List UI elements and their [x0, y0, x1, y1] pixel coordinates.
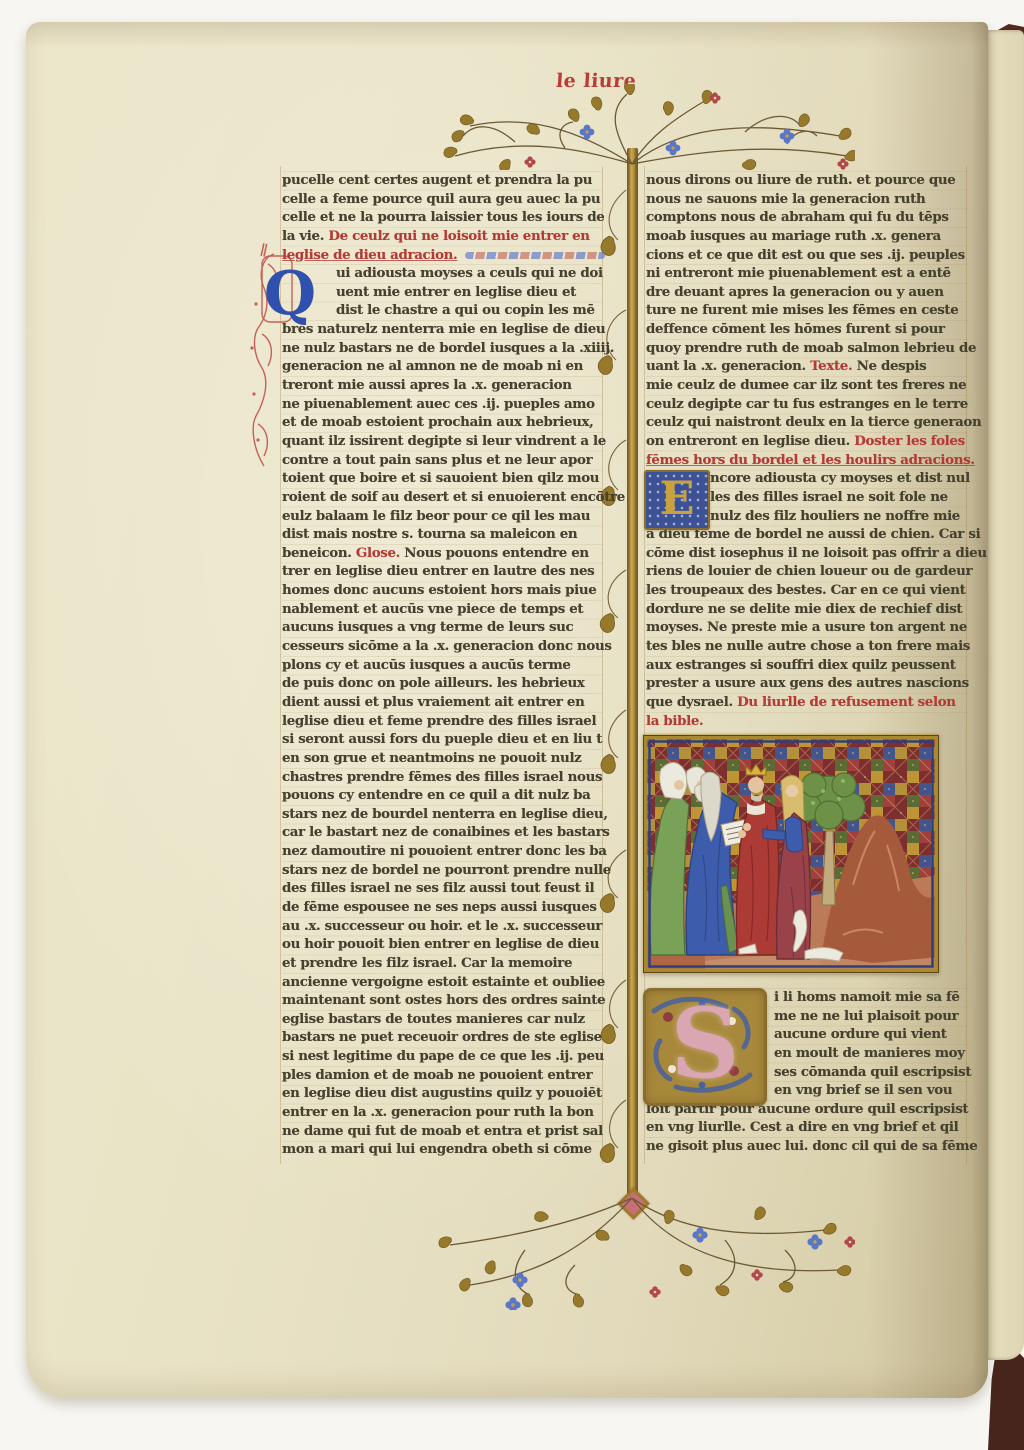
text-line: on entreront en leglise dieu. Doster les… — [646, 432, 968, 451]
text-line: trer en leglise dieu entrer en lautre de… — [282, 562, 602, 581]
text-line: la bible. — [646, 712, 968, 731]
text-line: si nest legitime du pape de ce que les .… — [282, 1047, 602, 1066]
text-segment: dre deuant apres la generacion ou y auen — [646, 284, 944, 300]
text-segment: moyses. Ne preste mie a usure ton argent… — [646, 619, 967, 635]
text-line: au .x. successeur ou hoir. et le .x. suc… — [282, 917, 602, 936]
text-segment: maintenant sont ostes hors des ordres sa… — [282, 992, 605, 1008]
text-segment: que dysrael. — [646, 694, 737, 710]
text-segment: ses cōmanda quil escripsist — [774, 1064, 971, 1080]
text-line: car le bastart nez de conaibines et les … — [282, 823, 602, 842]
text-line: pouons cy entendre en ce quil a dit nulz… — [282, 786, 602, 805]
text-segment: cions et ce que dit est ou que ses .ij. … — [646, 247, 965, 263]
text-line: homes donc aucuns estoient hors mais piu… — [282, 581, 602, 600]
text-line: eulz balaam le filz beor pour ce qil les… — [282, 507, 602, 526]
text-line: bastars ne puet receuoir ordres de ste e… — [282, 1028, 602, 1047]
text-line: pucelle cent certes augent et prendra la… — [282, 171, 602, 190]
rubric-segment: Texte. — [810, 358, 852, 374]
page-top-shadow — [26, 22, 988, 48]
text-line: roient de soif au desert et si enuoieren… — [282, 488, 602, 507]
text-line: nez damoutire ni pouoient entrer donc le… — [282, 842, 602, 861]
text-segment: beneicon. — [282, 545, 356, 561]
manuscript-scan: { "page": { "running_title": "le liure",… — [0, 0, 1024, 1450]
text-line: comptons nous de abraham qui fu du tēps — [646, 208, 968, 227]
text-line: leglise de dieu adracion. — [282, 246, 602, 265]
text-line: quoy prendre ruth de moab salmon lebrieu… — [646, 339, 968, 358]
text-line: si seront aussi fors du pueple dieu et e… — [282, 730, 602, 749]
text-line: dist mais nostre s. tourna sa maleicon e… — [282, 525, 602, 544]
text-line: ture ne furent mie mises les fēmes en ce… — [646, 301, 968, 320]
text-segment: celle a feme pource quil aura geu auec l… — [282, 191, 600, 207]
text-segment: ceulz degipte car tu fus estranges en le… — [646, 396, 968, 412]
text-line: mon a mari qui lui engendra obeth si cōm… — [282, 1140, 602, 1159]
text-line: leglise dieu et feme prendre des filles … — [282, 712, 602, 731]
text-segment: dient aussi et plus vraiement ait entrer… — [282, 694, 584, 710]
text-segment: quoy prendre ruth de moab salmon lebrieu… — [646, 340, 976, 356]
rubric-segment: la bible. — [646, 713, 703, 729]
text-segment: ne gisoit plus auec lui. donc cil qui de… — [646, 1138, 977, 1154]
text-segment: ncore adiousta cy moyses et dist nul — [710, 470, 970, 486]
text-line: entrer en la .x. generacion pour ruth la… — [282, 1103, 602, 1122]
text-segment: mon a mari qui lui engendra obeth si cōm… — [282, 1141, 592, 1157]
rubric-segment: Doster les foles — [854, 433, 965, 449]
text-segment: cesseurs sicōme a la .x. generacion donc… — [282, 638, 612, 654]
left-text-column: pucelle cent certes augent et prendra la… — [282, 171, 602, 1159]
text-segment: des filles israel ne ses filz aussi tout… — [282, 880, 594, 896]
text-segment: aucuns iusques a vng terme de leurs suc — [282, 619, 573, 635]
text-line: celle et ne la pourra laissier tous les … — [282, 208, 602, 227]
text-segment: aux estranges si souffri diex quilz peus… — [646, 657, 956, 673]
text-line: maintenant sont ostes hors des ordres sa… — [282, 991, 602, 1010]
text-line: mie ceulz de dumee car ilz sont tes frer… — [646, 376, 968, 395]
text-segment: mie ceulz de dumee car ilz sont tes frer… — [646, 377, 966, 393]
right-text-column-upper: nous dirons ou liure de ruth. et pource … — [646, 171, 968, 730]
text-line: ceulz qui naistront deulx en la tierce g… — [646, 413, 968, 432]
text-segment: ne nulz bastars ne de bordel iusques a l… — [282, 340, 614, 356]
text-segment: cōme dist iosephus il ne loisoit pas off… — [646, 545, 987, 561]
center-bar-ornament — [627, 148, 638, 1196]
rubric-segment: De ceulz qui ne loisoit mie entrer en — [328, 228, 589, 244]
text-line: moyses. Ne preste mie a usure ton argent… — [646, 618, 968, 637]
text-segment: dordure ne se delite mie diex de rechief… — [646, 601, 962, 617]
text-line: toient que boire et si sauoient bien qil… — [282, 469, 602, 488]
text-line: beneicon. Glose. Nous pouons entendre en — [282, 544, 602, 563]
illuminated-initial-e: E — [644, 470, 710, 530]
rubric-segment: Glose. — [356, 545, 400, 561]
text-segment: nous ne sauons mie la generacion ruth — [646, 191, 925, 207]
text-line: ne gisoit plus auec lui. donc cil qui de… — [646, 1137, 968, 1156]
text-line: moab iusques au mariage ruth .x. genera — [646, 227, 968, 246]
text-line: dist le chastre a qui ou copin les mē — [282, 301, 602, 320]
text-segment: ui adiousta moyses a ceuls qui ne doi — [336, 265, 603, 281]
text-segment: et de moab estoient prochain aux hebrieu… — [282, 414, 594, 430]
text-segment: pouons cy entendre en ce quil a dit nulz… — [282, 787, 590, 803]
text-line: la vie. De ceulz qui ne loisoit mie entr… — [282, 227, 602, 246]
text-line: quant ilz issirent degipte si leur vindr… — [282, 432, 602, 451]
text-line: uent mie entrer en leglise dieu et — [282, 283, 602, 302]
text-segment: nez damoutire ni pouoient entrer donc le… — [282, 843, 607, 859]
initial-s-letter: S — [646, 987, 764, 1100]
text-line: que dysrael. Du liurlle de refusement se… — [646, 693, 968, 712]
text-segment: quant ilz issirent degipte si leur vindr… — [282, 433, 606, 449]
text-line: de puis donc on pole ailleurs. les hebri… — [282, 674, 602, 693]
text-line: aux estranges si souffri diex quilz peus… — [646, 656, 968, 675]
text-segment: nablement et aucūs vne piece de temps et — [282, 601, 583, 617]
text-line: en son grue et neantmoins ne pouoit nulz — [282, 749, 602, 768]
text-line: des filles israel ne ses filz aussi tout… — [282, 879, 602, 898]
text-line: generacion ne al amnon ne de moab ni en — [282, 357, 602, 376]
text-segment: me ne ne lui plaisoit pour — [774, 1008, 958, 1024]
text-segment: entrer en la .x. generacion pour ruth la… — [282, 1104, 594, 1120]
text-segment: leglise dieu et feme prendre des filles … — [282, 713, 596, 729]
text-segment: et prendre les filz israel. Car la memoi… — [282, 955, 572, 971]
text-segment: ne dame qui fut de moab et entra et pris… — [282, 1123, 603, 1139]
text-line: ne dame qui fut de moab et entra et pris… — [282, 1122, 602, 1141]
text-line: chastres prendre fēmes des filles israel… — [282, 768, 602, 787]
text-segment: celle et ne la pourra laissier tous les … — [282, 209, 604, 225]
text-segment: ples damion et de moab ne pouoient entre… — [282, 1067, 592, 1083]
text-segment: au .x. successeur ou hoir. et le .x. suc… — [282, 918, 602, 934]
text-line: riens de louier de chien loueur ou de ga… — [646, 562, 968, 581]
text-line: deffence cōment les hōmes furent si pour — [646, 320, 968, 339]
text-segment: uant la .x. generacion. — [646, 358, 810, 374]
text-segment: tes bles ne nulle autre chose a ton frer… — [646, 638, 970, 654]
text-segment: moab iusques au mariage ruth .x. genera — [646, 228, 941, 244]
text-segment: riens de louier de chien loueur ou de ga… — [646, 563, 972, 579]
text-segment: pucelle cent certes augent et prendra la… — [282, 172, 592, 188]
text-line: ou hoir pouoit bien entrer en leglise de… — [282, 935, 602, 954]
text-line: de fēme espousee ne ses neps aussi iusqu… — [282, 898, 602, 917]
text-segment: stars nez de bourdel nenterra en leglise… — [282, 806, 608, 822]
text-line: en leglise dieu dist augustins quilz y p… — [282, 1084, 602, 1103]
text-line: nous ne sauons mie la generacion ruth — [646, 190, 968, 209]
text-segment: Ne despis — [852, 358, 926, 374]
top-ivy-border — [415, 84, 855, 170]
text-line: ne nulz bastars ne de bordel iusques a l… — [282, 339, 602, 358]
text-segment: aucune ordure qui vient — [774, 1026, 947, 1042]
text-line: les troupeaux des bestes. Car en ce qui … — [646, 581, 968, 600]
text-line: prester a usure aux gens des autres nasc… — [646, 674, 968, 693]
text-line: bres naturelz nenterra mie en leglise de… — [282, 320, 602, 339]
text-segment: toient que boire et si sauoient bien qil… — [282, 470, 599, 486]
text-segment: i li homs namoit mie sa fē — [774, 989, 960, 1005]
text-segment: ni entreront mie piuenablement est a ent… — [646, 265, 951, 281]
text-line: ples damion et de moab ne pouoient entre… — [282, 1066, 602, 1085]
text-line: fēmes hors du bordel et les houlirs adra… — [646, 451, 968, 470]
text-segment: bastars ne puet receuoir ordres de ste e… — [282, 1029, 602, 1045]
text-segment: prester a usure aux gens des autres nasc… — [646, 675, 969, 691]
illuminated-initial-q: Q — [257, 262, 323, 328]
text-segment: de fēme espousee ne ses neps aussi iusqu… — [282, 899, 597, 915]
text-segment: contre a tout pain sans plus et ne leur … — [282, 452, 592, 468]
illuminated-initial-s: S — [643, 988, 767, 1106]
text-line: eglise bastars de toutes manieres car nu… — [282, 1010, 602, 1029]
text-segment: de puis donc on pole ailleurs. les hebri… — [282, 675, 585, 691]
text-line: aucuns iusques a vng terme de leurs suc — [282, 618, 602, 637]
text-segment: en moult de manieres moy — [774, 1045, 965, 1061]
text-segment: en vng liurlle. Cest a dire en vng brief… — [646, 1119, 958, 1135]
text-line: et de moab estoient prochain aux hebrieu… — [282, 413, 602, 432]
text-segment: car le bastart nez de conaibines et les … — [282, 824, 609, 840]
text-segment: en leglise dieu dist augustins quilz y p… — [282, 1085, 602, 1101]
text-segment: deffence cōment les hōmes furent si pour — [646, 321, 945, 337]
text-segment: Nous pouons entendre en — [400, 545, 589, 561]
text-segment: uent mie entrer en leglise dieu et — [336, 284, 576, 300]
text-line: ni entreront mie piuenablement est a ent… — [646, 264, 968, 283]
text-segment: chastres prendre fēmes des filles israel… — [282, 769, 602, 785]
text-segment: si nest legitime du pape de ce que les .… — [282, 1048, 604, 1064]
text-segment: nous dirons ou liure de ruth. et pource … — [646, 172, 955, 188]
text-segment: generacion ne al amnon ne de moab ni en — [282, 358, 583, 374]
text-line: cesseurs sicōme a la .x. generacion donc… — [282, 637, 602, 656]
text-segment: dist mais nostre s. tourna sa maleicon e… — [282, 526, 577, 542]
text-segment: stars nez de bordel ne pourront prendre … — [282, 862, 611, 878]
text-segment: si seront aussi fors du pueple dieu et e… — [282, 731, 602, 747]
text-line: ne piuenablement auec ces .ij. pueples a… — [282, 395, 602, 414]
text-segment: nulz des filz houliers ne noffre mie — [710, 508, 960, 524]
text-line: dre deuant apres la generacion ou y auen — [646, 283, 968, 302]
text-segment: comptons nous de abraham qui fu du tēps — [646, 209, 949, 225]
text-segment: ou hoir pouoit bien entrer en leglise de… — [282, 936, 599, 952]
text-line: cōme dist iosephus il ne loisoit pas off… — [646, 544, 968, 563]
miniature-illustration — [643, 734, 939, 974]
text-segment: ne piuenablement auec ces .ij. pueples a… — [282, 396, 595, 412]
text-line: tes bles ne nulle autre chose a ton frer… — [646, 637, 968, 656]
text-segment: roient de soif au desert et si enuoieren… — [282, 489, 625, 505]
next-folio-edge — [984, 30, 1024, 1360]
text-segment: trer en leglise dieu entrer en lautre de… — [282, 563, 594, 579]
text-segment: eglise bastars de toutes manieres car nu… — [282, 1011, 585, 1027]
text-segment: ceulz qui naistront deulx en la tierce g… — [646, 414, 981, 430]
text-segment: on entreront en leglise dieu. — [646, 433, 854, 449]
text-line: plons cy et aucūs iusques a aucūs terme — [282, 656, 602, 675]
text-line: stars nez de bordel ne pourront prendre … — [282, 861, 602, 880]
text-segment: les des filles israel ne soit fole ne — [710, 489, 948, 505]
rubric-segment: Du liurlle de refusement selon — [737, 694, 956, 710]
text-segment: homes donc aucuns estoient hors mais piu… — [282, 582, 596, 598]
rubric-segment: fēmes hors du bordel et les houlirs adra… — [646, 452, 975, 468]
text-segment: ancienne vergoigne estoit estainte et ou… — [282, 974, 605, 990]
text-line: dordure ne se delite mie diex de rechief… — [646, 600, 968, 619]
text-segment: les troupeaux des bestes. Car en ce qui … — [646, 582, 965, 598]
text-line: ancienne vergoigne estoit estainte et ou… — [282, 973, 602, 992]
text-line: stars nez de bourdel nenterra en leglise… — [282, 805, 602, 824]
text-segment: en vng brief se il sen vou — [774, 1082, 952, 1098]
text-line: celle a feme pource quil aura geu auec l… — [282, 190, 602, 209]
text-line: nablement et aucūs vne piece de temps et — [282, 600, 602, 619]
text-line: cions et ce que dit est ou que ses .ij. … — [646, 246, 968, 265]
text-segment: eulz balaam le filz beor pour ce qil les… — [282, 508, 590, 524]
text-segment: treront mie aussi apres la .x. generacio… — [282, 377, 572, 393]
text-segment: dist le chastre a qui ou copin les mē — [336, 302, 595, 318]
text-line: contre a tout pain sans plus et ne leur … — [282, 451, 602, 470]
text-line: nous dirons ou liure de ruth. et pource … — [646, 171, 968, 190]
text-line: en vng liurlle. Cest a dire en vng brief… — [646, 1118, 968, 1137]
text-segment: en son grue et neantmoins ne pouoit nulz — [282, 750, 581, 766]
text-segment: la vie. — [282, 228, 328, 244]
text-line: ceulz degipte car tu fus estranges en le… — [646, 395, 968, 414]
text-line: dient aussi et plus vraiement ait entrer… — [282, 693, 602, 712]
text-line: ui adiousta moyses a ceuls qui ne doi — [282, 264, 602, 283]
text-segment: ture ne furent mie mises les fēmes en ce… — [646, 302, 958, 318]
text-segment: bres naturelz nenterra mie en leglise de… — [282, 321, 605, 337]
text-line: treront mie aussi apres la .x. generacio… — [282, 376, 602, 395]
bottom-ivy-border — [425, 1180, 855, 1310]
line-filler-ornament — [465, 252, 605, 259]
text-line: et prendre les filz israel. Car la memoi… — [282, 954, 602, 973]
text-line: uant la .x. generacion. Texte. Ne despis — [646, 357, 968, 376]
text-segment: plons cy et aucūs iusques a aucūs terme — [282, 657, 571, 673]
